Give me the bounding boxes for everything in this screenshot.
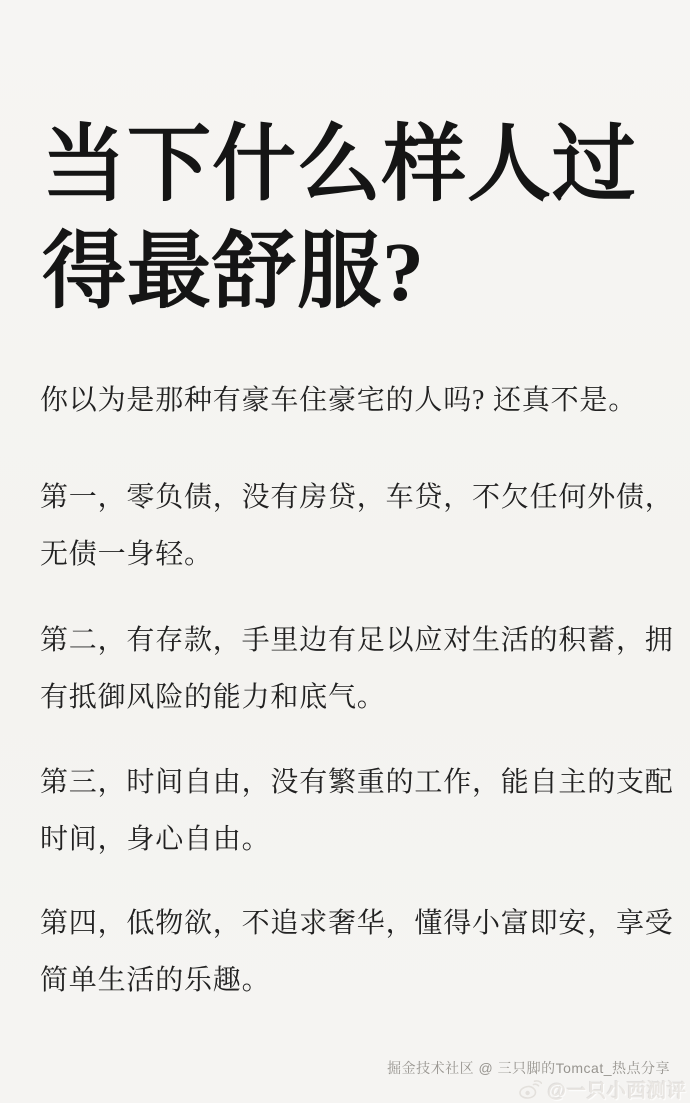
credit-line: 掘金技术社区 @ 三只脚的Tomcat_热点分享: [387, 1058, 670, 1078]
point-3-paragraph: 第三，时间自由，没有繁重的工作，能自主的支配 时间，身心自由。: [40, 754, 685, 868]
page-title: 当下什么样人过 得最舒服?: [42, 112, 662, 326]
weibo-watermark: @一只小西测评: [518, 1076, 687, 1103]
point-1-paragraph: 第一，零负债，没有房贷，车贷，不欠任何外债， 无债一身轻。: [40, 469, 685, 583]
text-poster: 当下什么样人过 得最舒服? 你以为是那种有豪车住豪宅的人吗? 还真不是。 第一，…: [0, 0, 690, 1103]
point-4-paragraph: 第四，低物欲，不追求奢华，懂得小富即安，享受 简单生活的乐趣。: [40, 895, 685, 1009]
intro-paragraph: 你以为是那种有豪车住豪宅的人吗? 还真不是。: [40, 372, 685, 429]
weibo-eye-icon: [518, 1080, 542, 1100]
weibo-watermark-text: @一只小西测评: [547, 1076, 687, 1103]
point-2-paragraph: 第二，有存款，手里边有足以应对生活的积蓄，拥 有抵御风险的能力和底气。: [40, 612, 685, 726]
